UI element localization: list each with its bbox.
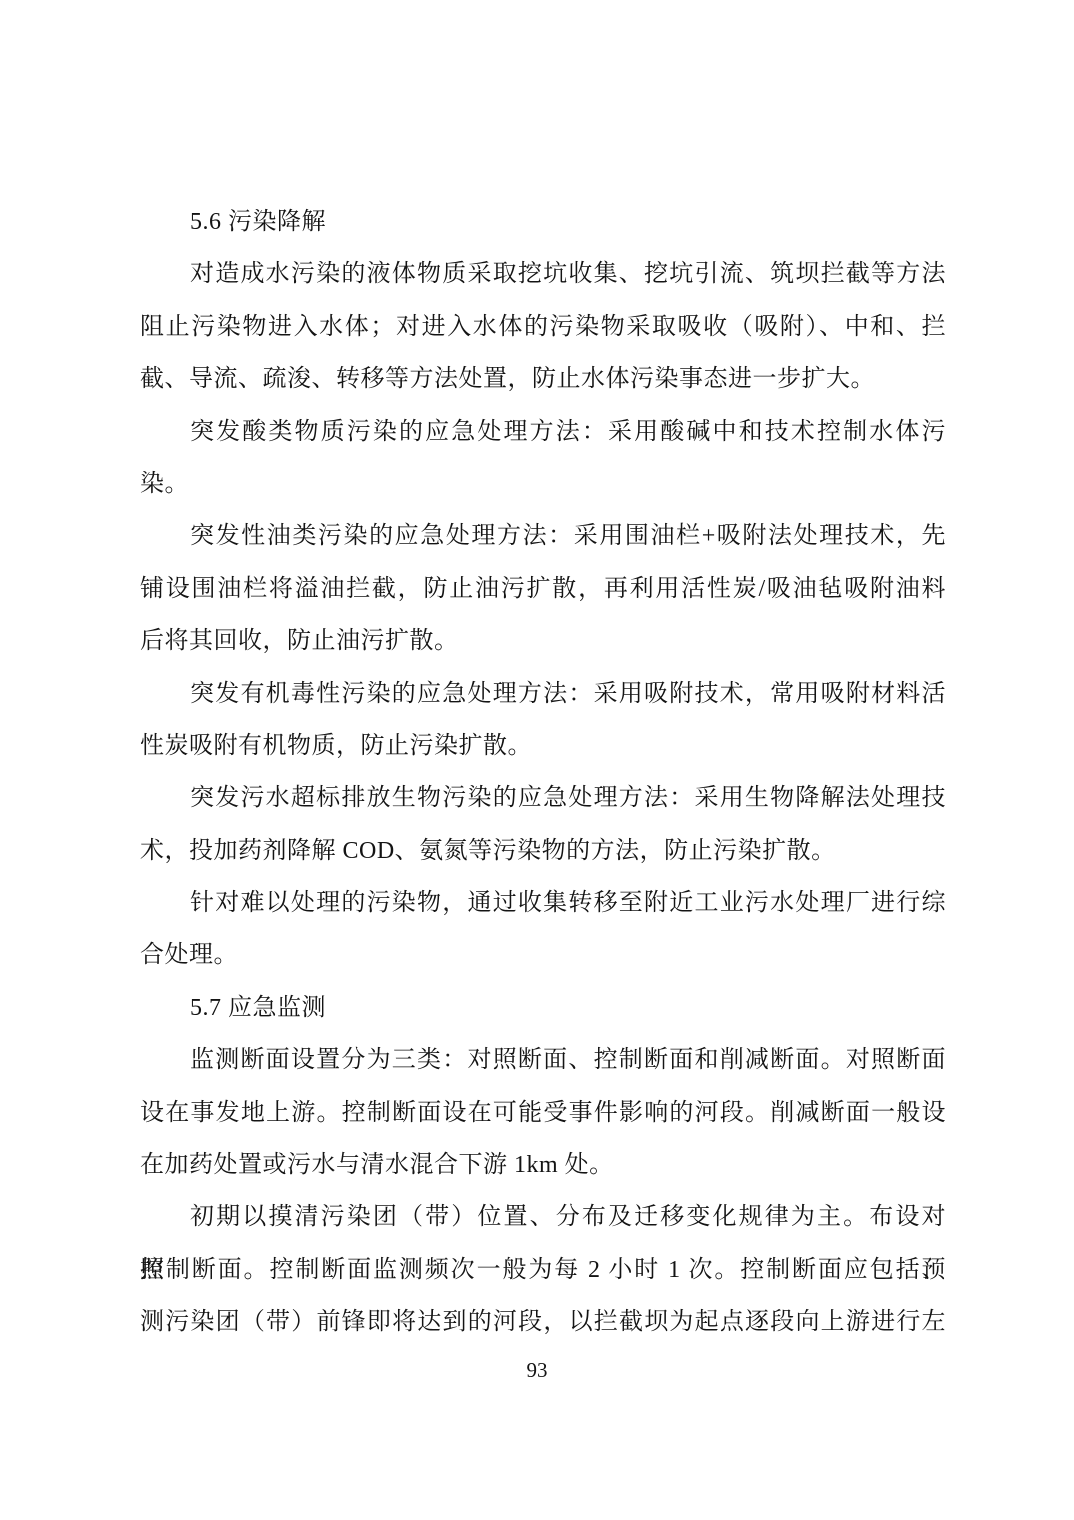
text-line: 控制断面。控制断面监测频次一般为每 2 小时 1 次。控制断面应包括预: [140, 1244, 946, 1296]
text-line: 术，投加药剂降解 COD、氨氮等污染物的方法，防止污染扩散。: [140, 825, 946, 877]
document-page: 5.6 污染降解 对造成水污染的液体物质采取挖坑收集、挖坑引流、筑坝拦截等方法 …: [0, 0, 1074, 1520]
text-line: 对造成水污染的液体物质采取挖坑收集、挖坑引流、筑坝拦截等方法: [140, 248, 946, 300]
text-line: 突发有机毒性污染的应急处理方法：采用吸附技术，常用吸附材料活: [140, 668, 946, 720]
text-line: 测污染团（带）前锋即将达到的河段，以拦截坝为起点逐段向上游进行左: [140, 1296, 946, 1348]
text-line: 突发污水超标排放生物污染的应急处理方法：采用生物降解法处理技: [140, 772, 946, 824]
text-line: 监测断面设置分为三类：对照断面、控制断面和削减断面。对照断面: [140, 1034, 946, 1086]
text-line: 阻止污染物进入水体；对进入水体的污染物采取吸收（吸附）、中和、拦: [140, 301, 946, 353]
text-line: 合处理。: [140, 929, 946, 981]
page-number: 93: [0, 1354, 1074, 1386]
text-line: 后将其回收，防止油污扩散。: [140, 615, 946, 667]
text-line: 截、导流、疏浚、转移等方法处置，防止水体污染事态进一步扩大。: [140, 353, 946, 405]
text-line: 设在事发地上游。控制断面设在可能受事件影响的河段。削减断面一般设: [140, 1087, 946, 1139]
section-heading-5-6: 5.6 污染降解: [140, 196, 946, 248]
text-line: 初期以摸清污染团（带）位置、分布及迁移变化规律为主。布设对照、: [140, 1191, 946, 1243]
text-line: 突发性油类污染的应急处理方法：采用围油栏+吸附法处理技术，先: [140, 510, 946, 562]
text-line: 染。: [140, 458, 946, 510]
text-line: 在加药处置或污水与清水混合下游 1km 处。: [140, 1139, 946, 1191]
text-line: 性炭吸附有机物质，防止污染扩散。: [140, 720, 946, 772]
section-heading-5-7: 5.7 应急监测: [140, 982, 946, 1034]
document-body: 5.6 污染降解 对造成水污染的液体物质采取挖坑收集、挖坑引流、筑坝拦截等方法 …: [140, 196, 946, 1349]
text-line: 突发酸类物质污染的应急处理方法：采用酸碱中和技术控制水体污: [140, 406, 946, 458]
text-line: 针对难以处理的污染物，通过收集转移至附近工业污水处理厂进行综: [140, 877, 946, 929]
text-line: 铺设围油栏将溢油拦截，防止油污扩散，再利用活性炭/吸油毡吸附油料: [140, 563, 946, 615]
